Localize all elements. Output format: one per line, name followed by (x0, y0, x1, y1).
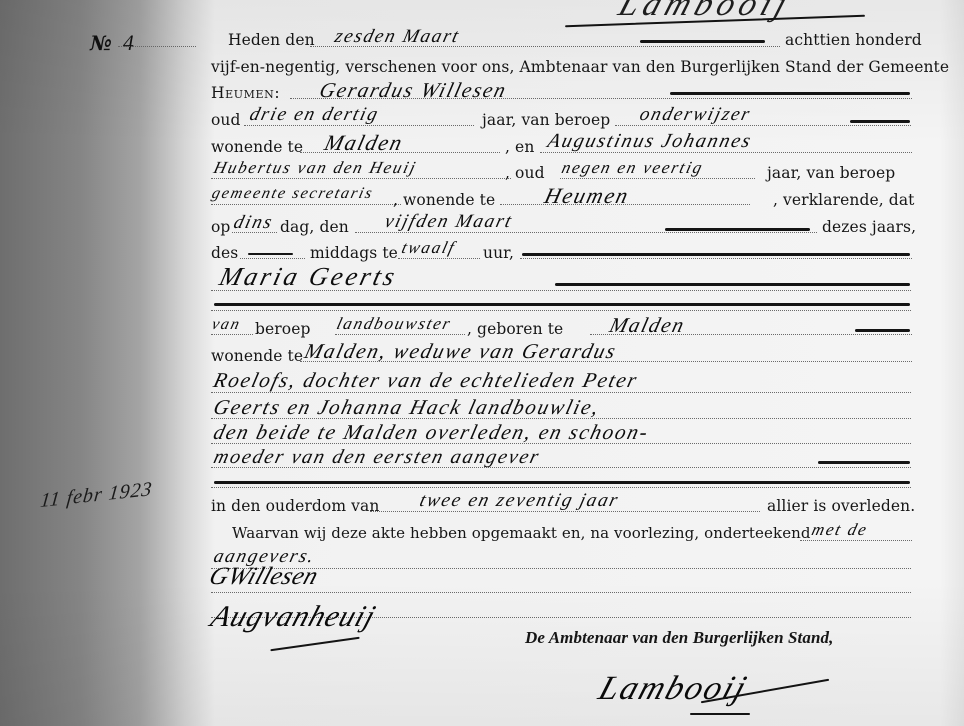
field-dots (335, 334, 465, 335)
field-hour: twaalf (400, 238, 458, 258)
field-declarant-1-name: Gerardus Willesen (317, 78, 510, 103)
text-verklarende-dat: , verklarende, dat (773, 191, 915, 209)
field-declarant-1-age: drie en dertig (247, 104, 381, 126)
acte-number-value: 4 (123, 30, 134, 55)
text-dezes-jaars: dezes jaars, (822, 218, 916, 236)
field-dots (211, 310, 911, 311)
field-dots (211, 592, 911, 593)
acte-number-dots (118, 46, 196, 47)
field-deceased-age: twee en zeventig jaar (417, 490, 621, 512)
text-beroep: beroep (255, 320, 311, 338)
fill-bar (670, 92, 910, 95)
declarant-1-signature: GWillesen (205, 563, 321, 591)
text-jaar-van-beroep: jaar, van beroep (482, 111, 610, 129)
field-declarant-2-name-part1: Augustinus Johannes (545, 130, 754, 153)
field-dots (520, 258, 912, 259)
field-deceased-name: Maria Geerts (216, 262, 400, 292)
fill-bar (522, 253, 910, 256)
field-deceased-details-2: Geerts en Johanna Hack landbouwlie, (211, 395, 603, 420)
scanned-document-page: Lambooij № 4 Heden den zesden Maart acht… (0, 0, 964, 726)
acte-number: № 4 (90, 30, 134, 56)
field-dots (211, 487, 911, 488)
field-declarant-2-name-part2: Hubertus van den Heuij (212, 158, 419, 178)
field-dots (211, 204, 401, 205)
field-death-date: vijfden Maart (382, 211, 515, 233)
fill-bar (818, 461, 910, 464)
field-weekday: dins (231, 212, 275, 234)
fill-bar (248, 253, 293, 255)
fill-bar (640, 40, 765, 43)
fill-bar (214, 481, 910, 484)
text-wonende-te: , wonende te (393, 191, 495, 209)
fill-bar (665, 228, 810, 231)
field-deceased-details-3: den beide te Malden overleden, en schoon… (211, 420, 652, 445)
text-uur: uur, (483, 244, 514, 262)
text-allier-is-overleden: allier is overleden. (767, 497, 915, 515)
text-waarvan-wij: Waarvan wij deze akte hebben opgemaakt e… (232, 524, 811, 542)
field-dots (211, 178, 511, 179)
margin-annotation: 11 febr 1923 (39, 478, 154, 513)
fill-bar (555, 283, 910, 286)
field-day-month: zesden Maart (332, 26, 462, 48)
declarant-2-signature: Augvanheuij (206, 600, 380, 634)
field-declarant-2-age: negen en veertig (560, 158, 706, 178)
field-dots (800, 540, 912, 541)
field-dots (240, 258, 305, 259)
text-in-den-ouderdom-van: in den ouderdom van (211, 497, 379, 515)
field-van: van (210, 316, 243, 334)
text-middags-te: middags te (310, 244, 398, 262)
text-heden-den: Heden den (228, 31, 315, 49)
declarant-2-signature-flourish (270, 637, 359, 652)
fill-bar (214, 303, 910, 306)
field-declarant-2-residence: Heumen (542, 183, 633, 209)
field-declarant-2-occupation: gemeente secretaris (210, 185, 376, 203)
field-deceased-residence: Malden, weduwe van Gerardus (302, 339, 620, 364)
text-oud: , oud (505, 164, 545, 182)
fill-bar (855, 329, 910, 332)
field-dots (560, 178, 755, 179)
field-dots (211, 334, 253, 335)
field-deceased-details-4: moeder van den eersten aangever (211, 446, 542, 469)
text-wonende-te: wonende te (211, 347, 303, 365)
text-jaar-van-beroep: jaar, van beroep (767, 164, 895, 182)
text-wonende-te: wonende te (211, 138, 303, 156)
field-dots (398, 258, 480, 259)
fill-bar (850, 120, 910, 123)
field-signed-by: met de (810, 520, 871, 540)
field-declarant-1-residence: Malden (322, 130, 406, 156)
text-des: des (211, 244, 238, 262)
field-deceased-birthplace: Malden (607, 313, 688, 338)
acte-number-label: № (90, 31, 112, 55)
registrar-caption: De Ambtenaar van den Burgerlijken Stand, (525, 628, 833, 648)
text-achttien-honderd: achttien honderd (785, 31, 922, 49)
text-en: , en (505, 138, 534, 156)
registrar-signature-underline (690, 713, 750, 715)
text-geboren-te: , geboren te (467, 320, 563, 338)
field-deceased-details-1: Roelofs, dochter van de echtelieden Pete… (211, 368, 641, 393)
text-line-2: vijf-en-negentig, verschenen voor ons, A… (211, 58, 949, 76)
text-oud: oud (211, 111, 241, 129)
text-dag-den: dag, den (280, 218, 349, 236)
text-op: op (211, 218, 230, 236)
field-deceased-occupation: landbouwster (335, 314, 454, 334)
text-municipality: Heumen: (211, 84, 280, 102)
registrar-signature: Lambooij (594, 670, 753, 708)
field-declarant-1-occupation: onderwijzer (637, 104, 753, 126)
